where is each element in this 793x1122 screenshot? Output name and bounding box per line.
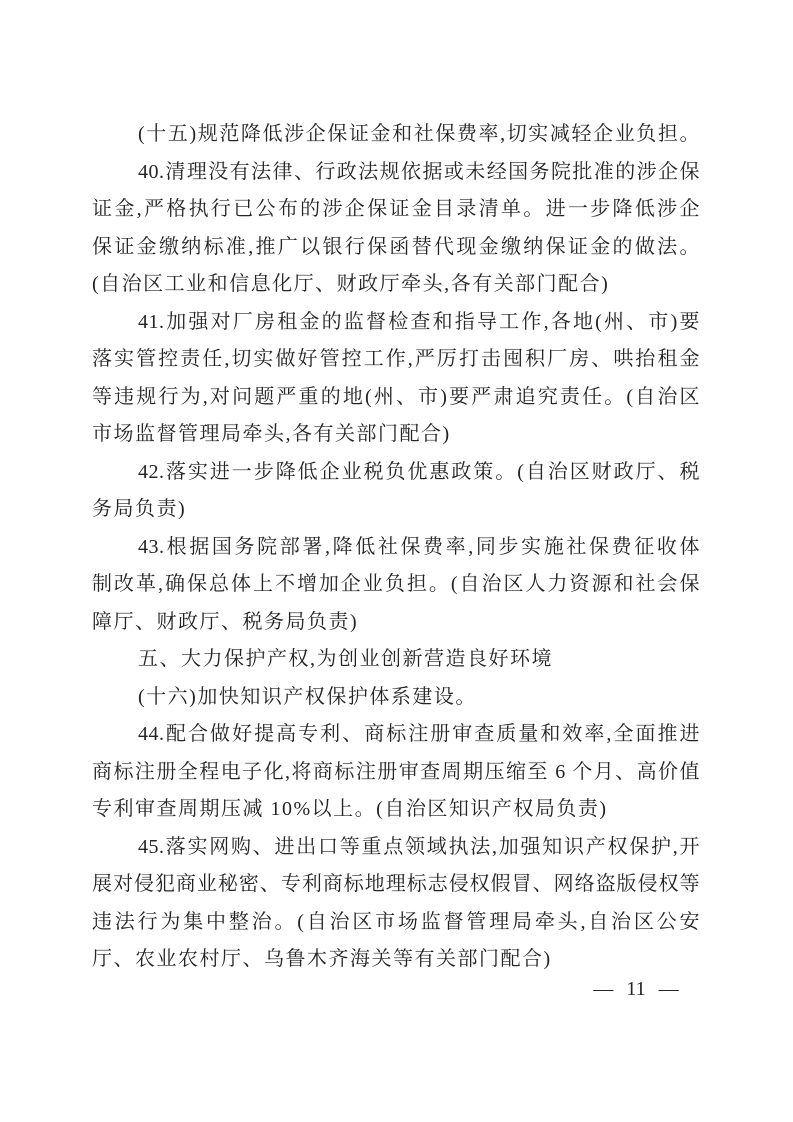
para-item-15: (十五)规范降低涉企保证金和社保费率,切实减轻企业负担。	[92, 116, 700, 154]
text-line: 展对侵犯商业秘密、专利商标地理标志侵权假冒、网络盗版侵权等	[92, 866, 700, 904]
text-line: 40.清理没有法律、行政法规依据或未经国务院批准的涉企保	[92, 154, 700, 192]
text-line: 保证金缴纳标准,推广以银行保函替代现金缴纳保证金的做法。	[92, 229, 700, 267]
para-42: 42.落实进一步降低企业税负优惠政策。(自治区财政厅、税 务局负责)	[92, 454, 700, 529]
section-heading-5: 五、大力保护产权,为创业创新营造良好环境	[92, 641, 700, 679]
para-41: 41.加强对厂房租金的监督检查和指导工作,各地(州、市)要 落实管控责任,切实做…	[92, 304, 700, 454]
text-line: 43.根据国务院部署,降低社保费率,同步实施社保费征收体	[92, 529, 700, 567]
document-page: (十五)规范降低涉企保证金和社保费率,切实减轻企业负担。 40.清理没有法律、行…	[0, 0, 793, 1122]
para-43: 43.根据国务院部署,降低社保费率,同步实施社保费征收体 制改革,确保总体上不增…	[92, 529, 700, 642]
text-line: 违法行为集中整治。(自治区市场监督管理局牵头,自治区公安	[92, 904, 700, 942]
page-footer: —11—	[553, 977, 719, 1001]
para-40: 40.清理没有法律、行政法规依据或未经国务院批准的涉企保 证金,严格执行已公布的…	[92, 154, 700, 304]
text-line: 45.落实网购、进出口等重点领域执法,加强知识产权保护,开	[92, 829, 700, 867]
para-44: 44.配合做好提高专利、商标注册审查质量和效率,全面推进 商标注册全程电子化,将…	[92, 716, 700, 829]
text-line: 42.落实进一步降低企业税负优惠政策。(自治区财政厅、税	[92, 454, 700, 492]
footer-dash-right: —	[659, 978, 679, 1000]
text-line: 落实管控责任,切实做好管控工作,严厉打击囤积厂房、哄抬租金	[92, 341, 700, 379]
text-line: 市场监督管理局牵头,各有关部门配合)	[92, 416, 700, 454]
para-45: 45.落实网购、进出口等重点领域执法,加强知识产权保护,开 展对侵犯商业秘密、专…	[92, 829, 700, 979]
text-line: 证金,严格执行已公布的涉企保证金目录清单。进一步降低涉企	[92, 191, 700, 229]
para-item-16: (十六)加快知识产权保护体系建设。	[92, 679, 700, 717]
text-line: 商标注册全程电子化,将商标注册审查周期压缩至 6 个月、高价值	[92, 754, 700, 792]
text-line: 等违规行为,对问题严重的地(州、市)要严肃追究责任。(自治区	[92, 379, 700, 417]
text-line: 41.加强对厂房租金的监督检查和指导工作,各地(州、市)要	[92, 304, 700, 342]
page-number: 11	[626, 978, 645, 1000]
section-heading: 五、大力保护产权,为创业创新营造良好环境	[92, 641, 700, 679]
text-line: 务局负责)	[92, 491, 700, 529]
text-line: 厅、农业农村厅、乌鲁木齐海关等有关部门配合)	[92, 941, 700, 979]
footer-dash-left: —	[593, 978, 613, 1000]
text-line: 专利审查周期压减 10%以上。(自治区知识产权局负责)	[92, 791, 700, 829]
text-line: 44.配合做好提高专利、商标注册审查质量和效率,全面推进	[92, 716, 700, 754]
document-body: (十五)规范降低涉企保证金和社保费率,切实减轻企业负担。 40.清理没有法律、行…	[92, 116, 700, 979]
text-line: (十五)规范降低涉企保证金和社保费率,切实减轻企业负担。	[92, 116, 700, 154]
text-line: (自治区工业和信息化厅、财政厅牵头,各有关部门配合)	[92, 266, 700, 304]
text-line: 障厅、财政厅、税务局负责)	[92, 604, 700, 642]
text-line: 制改革,确保总体上不增加企业负担。(自治区人力资源和社会保	[92, 566, 700, 604]
text-line: (十六)加快知识产权保护体系建设。	[92, 679, 700, 717]
